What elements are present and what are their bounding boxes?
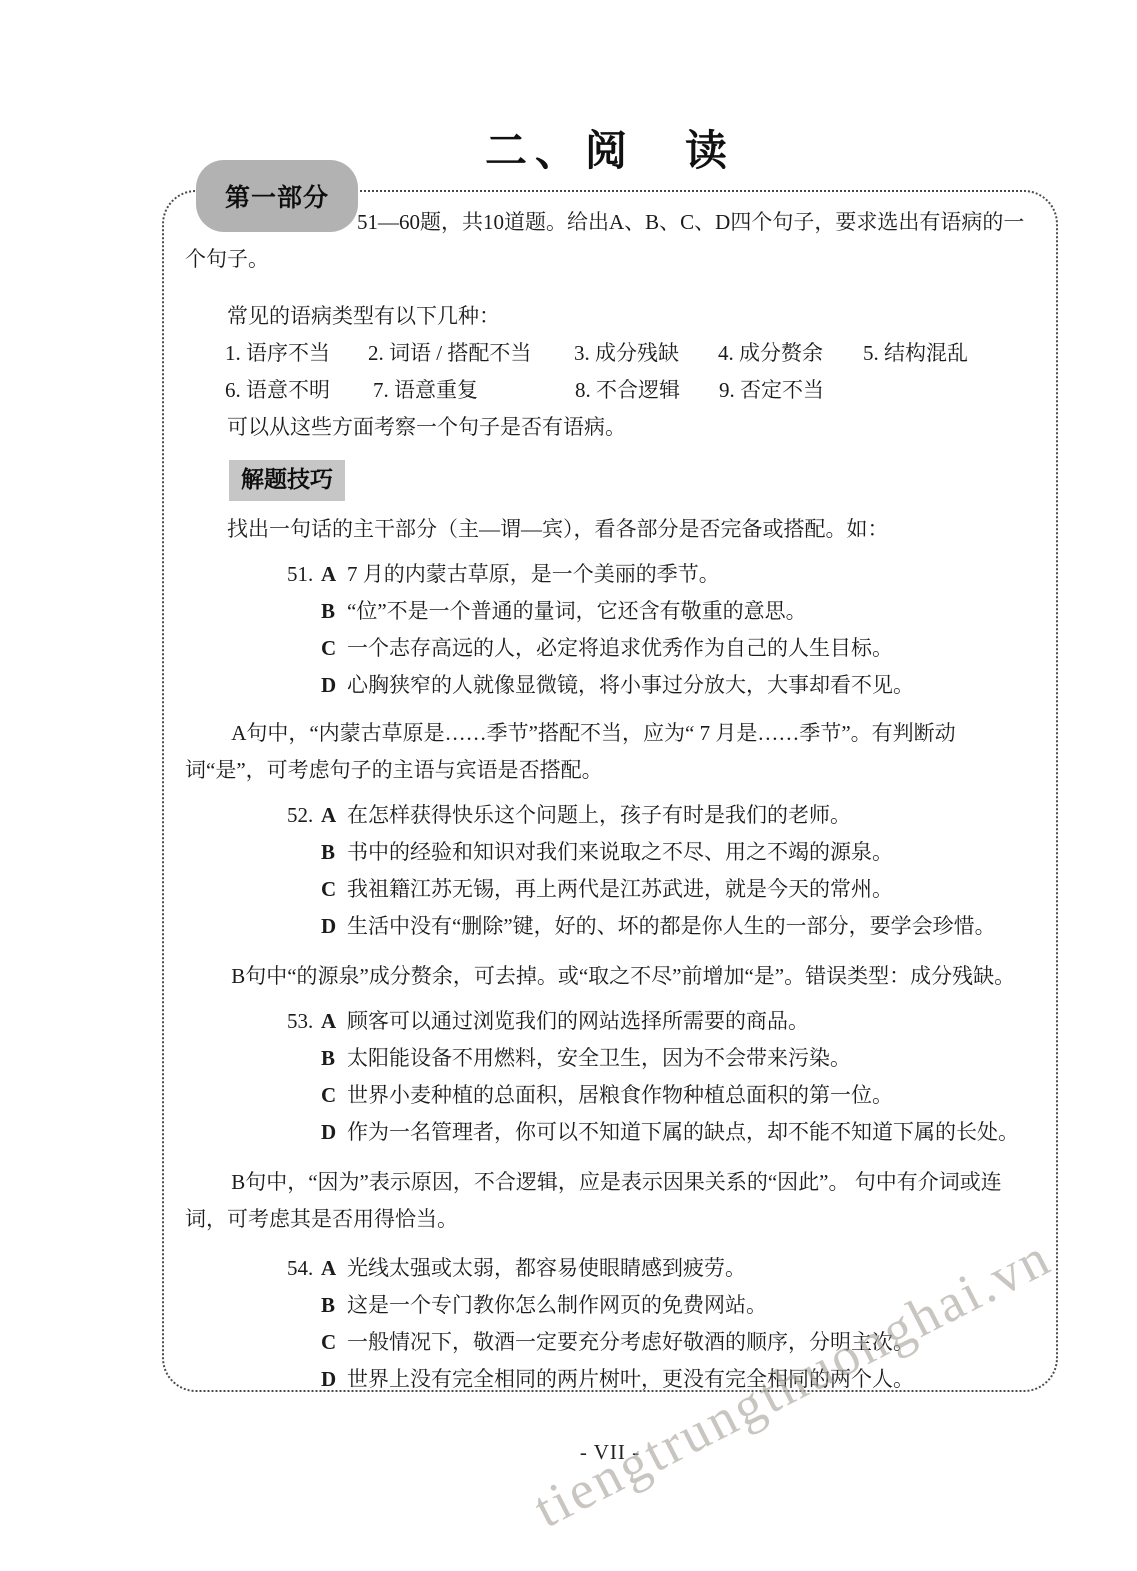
option-label: A	[321, 1003, 347, 1040]
option-row: 53. A 顾客可以通过浏览我们的网站选择所需要的商品。	[287, 1003, 1034, 1040]
option-row: C 我祖籍江苏无锡，再上两代是江苏武进，就是今天的常州。	[287, 871, 1034, 908]
option-text: 生活中没有“删除”键，好的、坏的都是你人生的一部分，要学会珍惜。	[347, 908, 996, 945]
explanation-paragraph: A句中，“内蒙古草原是……季节”搭配不当，应为“ 7 月是……季节”。有判断动词…	[185, 715, 1034, 789]
option-row: B 书中的经验和知识对我们来说取之不尽、用之不竭的源泉。	[287, 834, 1034, 871]
question-number: 51.	[287, 556, 321, 593]
error-type-item: 5. 结构混乱	[863, 335, 968, 372]
option-label: C	[321, 1324, 347, 1361]
explanation-paragraph: B句中“的源泉”成分赘余，可去掉。或“取之不尽”前增加“是”。错误类型：成分残缺…	[185, 958, 1034, 995]
error-types-note: 可以从这些方面考察一个句子是否有语病。	[185, 409, 1034, 446]
option-row: D 作为一名管理者，你可以不知道下属的缺点，却不能不知道下属的长处。	[287, 1114, 1034, 1151]
question-number: 52.	[287, 797, 321, 834]
option-row: 52. A 在怎样获得快乐这个问题上，孩子有时是我们的老师。	[287, 797, 1034, 834]
option-label: D	[321, 667, 347, 704]
option-text: 书中的经验和知识对我们来说取之不尽、用之不竭的源泉。	[347, 834, 893, 871]
content-box: 51—60题，共10道题。给出A、B、C、D四个句子，要求选出有语病的一个句子。…	[162, 190, 1058, 1392]
option-text: 太阳能设备不用燃料，安全卫生，因为不会带来污染。	[347, 1040, 851, 1077]
error-types-heading: 常见的语病类型有以下几种：	[185, 298, 1034, 335]
tips-badge: 解题技巧	[229, 460, 345, 501]
error-types-row-1: 1. 语序不当 2. 词语 / 搭配不当 3. 成分残缺 4. 成分赘余 5. …	[185, 335, 1034, 372]
option-text: 作为一名管理者，你可以不知道下属的缺点，却不能不知道下属的长处。	[347, 1114, 1019, 1151]
option-row: B “位”不是一个普通的量词，它还含有敬重的意思。	[287, 593, 1034, 630]
option-text: 顾客可以通过浏览我们的网站选择所需要的商品。	[347, 1003, 809, 1040]
error-type-item: 1. 语序不当	[225, 335, 368, 372]
error-type-item: 8. 不合逻辑	[575, 372, 719, 409]
option-label: B	[321, 1287, 347, 1324]
question-number: 53.	[287, 1003, 321, 1040]
error-type-item: 2. 词语 / 搭配不当	[368, 335, 574, 372]
option-label: D	[321, 1361, 347, 1398]
option-row: D 世界上没有完全相同的两片树叶，更没有完全相同的两个人。	[287, 1361, 1034, 1398]
option-text: 世界小麦种植的总面积，居粮食作物种植总面积的第一位。	[347, 1077, 893, 1114]
error-type-item: 3. 成分残缺	[574, 335, 718, 372]
option-row: 51. A 7 月的内蒙古草原，是一个美丽的季节。	[287, 556, 1034, 593]
option-text: “位”不是一个普通的量词，它还含有敬重的意思。	[347, 593, 807, 630]
option-text: 我祖籍江苏无锡，再上两代是江苏武进，就是今天的常州。	[347, 871, 893, 908]
option-label: B	[321, 593, 347, 630]
option-label: C	[321, 1077, 347, 1114]
option-row: C 世界小麦种植的总面积，居粮食作物种植总面积的第一位。	[287, 1077, 1034, 1114]
option-label: A	[321, 797, 347, 834]
option-label: A	[321, 1250, 347, 1287]
document-page: 二、阅 读 第一部分 51—60题，共10道题。给出A、B、C、D四个句子，要求…	[0, 0, 1137, 1571]
error-type-item: 9. 否定不当	[719, 372, 824, 409]
option-row: D 生活中没有“删除”键，好的、坏的都是你人生的一部分，要学会珍惜。	[287, 908, 1034, 945]
option-text: 在怎样获得快乐这个问题上，孩子有时是我们的老师。	[347, 797, 851, 834]
option-text: 7 月的内蒙古草原，是一个美丽的季节。	[347, 556, 720, 593]
option-text: 光线太强或太弱，都容易使眼睛感到疲劳。	[347, 1250, 746, 1287]
error-type-item: 4. 成分赘余	[718, 335, 863, 372]
question-51: 51. A 7 月的内蒙古草原，是一个美丽的季节。 B “位”不是一个普通的量词…	[287, 556, 1034, 704]
tips-paragraph: 找出一句话的主干部分（主—谓—宾），看各部分是否完备或搭配。如：	[185, 511, 1034, 548]
option-label: C	[321, 871, 347, 908]
option-label: A	[321, 556, 347, 593]
error-type-item: 7. 语意重复	[373, 372, 575, 409]
option-row: C 一个志存高远的人，必定将追求优秀作为自己的人生目标。	[287, 630, 1034, 667]
option-label: D	[321, 1114, 347, 1151]
error-type-item: 6. 语意不明	[225, 372, 373, 409]
option-text: 一个志存高远的人，必定将追求优秀作为自己的人生目标。	[347, 630, 893, 667]
option-label: D	[321, 908, 347, 945]
question-52: 52. A 在怎样获得快乐这个问题上，孩子有时是我们的老师。 B 书中的经验和知…	[287, 797, 1034, 945]
question-number: 54.	[287, 1250, 321, 1287]
explanation-paragraph: B句中，“因为”表示原因，不合逻辑，应是表示因果关系的“因此”。 句中有介词或连…	[185, 1164, 1034, 1238]
option-label: C	[321, 630, 347, 667]
option-text: 这是一个专门教你怎么制作网页的免费网站。	[347, 1287, 767, 1324]
option-text: 心胸狭窄的人就像显微镜，将小事过分放大，大事却看不见。	[347, 667, 914, 704]
error-types-row-2: 6. 语意不明 7. 语意重复 8. 不合逻辑 9. 否定不当	[185, 372, 1034, 409]
option-label: B	[321, 834, 347, 871]
option-row: D 心胸狭窄的人就像显微镜，将小事过分放大，大事却看不见。	[287, 667, 1034, 704]
option-row: B 太阳能设备不用燃料，安全卫生，因为不会带来污染。	[287, 1040, 1034, 1077]
part-one-badge: 第一部分	[196, 160, 358, 232]
option-label: B	[321, 1040, 347, 1077]
question-53: 53. A 顾客可以通过浏览我们的网站选择所需要的商品。 B 太阳能设备不用燃料…	[287, 1003, 1034, 1151]
